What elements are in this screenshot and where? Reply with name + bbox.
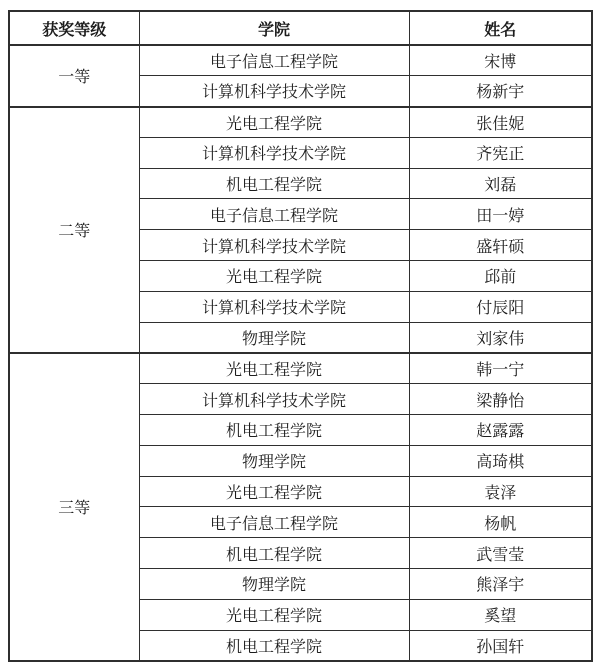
name-cell: 袁泽 — [409, 476, 592, 507]
college-cell: 电子信息工程学院 — [139, 507, 409, 538]
name-cell: 孙国轩 — [409, 630, 592, 661]
name-cell: 宋博 — [409, 45, 592, 76]
name-cell: 武雪莹 — [409, 538, 592, 569]
table-row: 二等 光电工程学院 张佳妮 — [9, 107, 592, 138]
name-cell: 付辰阳 — [409, 291, 592, 322]
college-cell: 计算机科学技术学院 — [139, 291, 409, 322]
name-cell: 邱前 — [409, 261, 592, 292]
name-cell: 刘磊 — [409, 168, 592, 199]
college-cell: 机电工程学院 — [139, 538, 409, 569]
table-row: 一等 电子信息工程学院 宋博 — [9, 45, 592, 76]
name-cell: 熊泽宇 — [409, 569, 592, 600]
name-cell: 齐宪正 — [409, 137, 592, 168]
college-cell: 光电工程学院 — [139, 599, 409, 630]
college-cell: 计算机科学技术学院 — [139, 384, 409, 415]
name-cell: 盛轩硕 — [409, 230, 592, 261]
name-cell: 韩一宁 — [409, 353, 592, 384]
document-page: 获奖等级 学院 姓名 一等 电子信息工程学院 宋博 计算机科学技术学院 杨新宇 … — [0, 0, 600, 671]
college-cell: 物理学院 — [139, 569, 409, 600]
name-cell: 赵露露 — [409, 415, 592, 446]
award-level-cell: 二等 — [9, 107, 139, 353]
college-cell: 光电工程学院 — [139, 261, 409, 292]
college-cell: 计算机科学技术学院 — [139, 137, 409, 168]
award-level-cell: 三等 — [9, 353, 139, 661]
name-cell: 田一婷 — [409, 199, 592, 230]
college-cell: 物理学院 — [139, 322, 409, 353]
name-cell: 梁静怡 — [409, 384, 592, 415]
college-cell: 计算机科学技术学院 — [139, 230, 409, 261]
name-cell: 张佳妮 — [409, 107, 592, 138]
header-name: 姓名 — [409, 11, 592, 45]
college-cell: 光电工程学院 — [139, 107, 409, 138]
college-cell: 电子信息工程学院 — [139, 199, 409, 230]
college-cell: 光电工程学院 — [139, 353, 409, 384]
college-cell: 机电工程学院 — [139, 630, 409, 661]
college-cell: 物理学院 — [139, 445, 409, 476]
award-table: 获奖等级 学院 姓名 一等 电子信息工程学院 宋博 计算机科学技术学院 杨新宇 … — [8, 10, 593, 662]
name-cell: 高琦棋 — [409, 445, 592, 476]
college-cell: 机电工程学院 — [139, 415, 409, 446]
name-cell: 杨帆 — [409, 507, 592, 538]
header-row: 获奖等级 学院 姓名 — [9, 11, 592, 45]
college-cell: 机电工程学院 — [139, 168, 409, 199]
college-cell: 电子信息工程学院 — [139, 45, 409, 76]
table-row: 三等 光电工程学院 韩一宁 — [9, 353, 592, 384]
name-cell: 刘家伟 — [409, 322, 592, 353]
college-cell: 光电工程学院 — [139, 476, 409, 507]
header-college: 学院 — [139, 11, 409, 45]
name-cell: 杨新宇 — [409, 76, 592, 107]
header-award-level: 获奖等级 — [9, 11, 139, 45]
name-cell: 奚望 — [409, 599, 592, 630]
award-level-cell: 一等 — [9, 45, 139, 107]
college-cell: 计算机科学技术学院 — [139, 76, 409, 107]
